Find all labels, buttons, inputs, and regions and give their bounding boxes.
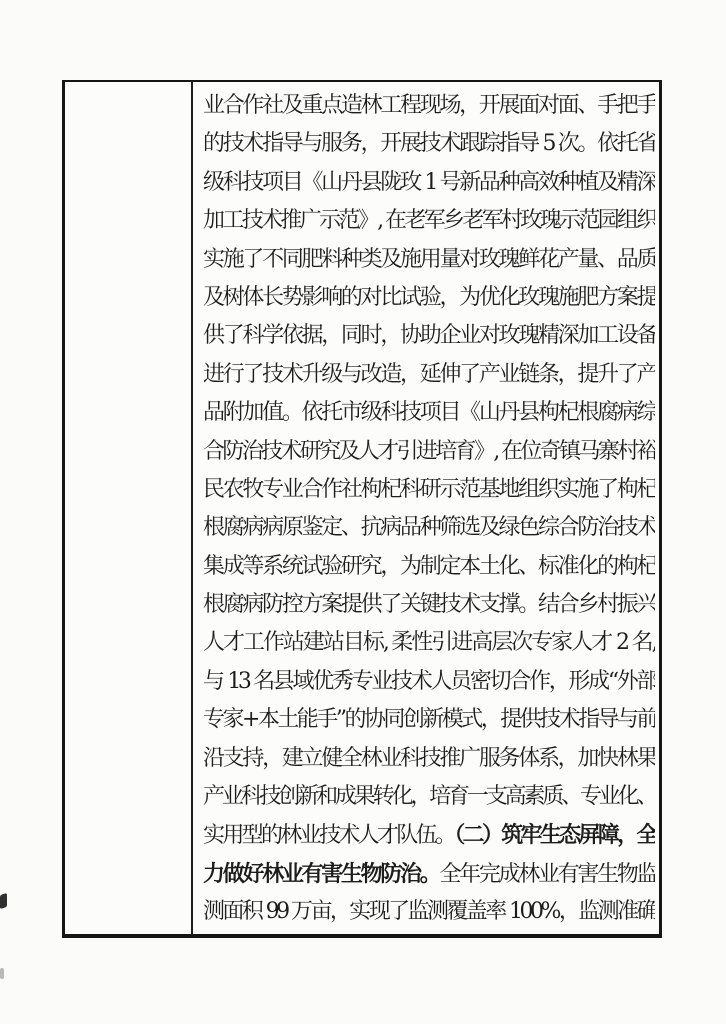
text-line: 实用型的林业技术人才队伍。（二）筑牢生态屏障，全 [203, 816, 655, 854]
body-text: 合防治技术研究及人才引进培育》, 在位奇镇马寨村裕 [203, 439, 655, 464]
body-text: 产业科技创新和成果转化，培育一支高素质、专业化、 [203, 784, 655, 809]
body-text: 民农牧专业合作社枸杞科研示范基地组织实施了枸杞 [203, 477, 655, 502]
text-line: 集成等系统试验研究，为制定本土化、标准化的枸杞 [203, 548, 655, 586]
text-line: 业合作社及重点造林工程现场，开展面对面、手把手 [203, 87, 655, 125]
body-text: 根腐病病原鉴定、抗病品种筛选及绿色综合防治技术 [203, 515, 655, 540]
body-text: 沿支持，建立健全林业科技推广服务体系，加快林果 [203, 746, 655, 771]
text-line: 实施了不同肥料种类及施用量对玫瑰鲜花产量、品质 [203, 241, 655, 279]
body-text: 供了科学依据，同时，协助企业对玫瑰精深加工设备 [203, 323, 655, 348]
body-text: 根腐病防控方案提供了关键技术支撑。结合乡村振兴 [203, 592, 655, 617]
text-line: 级科技项目《山丹县陇玫 1 号新品种高效种植及精深 [203, 164, 655, 202]
body-text: 实用型的林业技术人才队伍。 [203, 823, 454, 848]
text-line: 民农牧专业合作社枸杞科研示范基地组织实施了枸杞 [203, 471, 655, 509]
document-page: 业合作社及重点造林工程现场，开展面对面、手把手的技术指导与服务，开展技术跟踪指导… [0, 0, 726, 1024]
scan-artifact-mark [0, 968, 4, 979]
text-line: 的技术指导与服务，开展技术跟踪指导 5 次。依托省 [203, 125, 655, 163]
text-line: 合防治技术研究及人才引进培育》, 在位奇镇马寨村裕 [203, 433, 655, 471]
body-text: 专家+本土能手”的协同创新模式，提供技术指导与前 [203, 707, 655, 732]
scan-artifact-mark [0, 893, 7, 909]
text-line: 根腐病病原鉴定、抗病品种筛选及绿色综合防治技术 [203, 509, 655, 547]
text-line: 产业科技创新和成果转化，培育一支高素质、专业化、 [203, 778, 655, 816]
body-text: 实施了不同肥料种类及施用量对玫瑰鲜花产量、品质 [203, 247, 655, 272]
section-heading-text: 力做好林业有害生物防治。 [203, 861, 439, 887]
cell-text-lines: 业合作社及重点造林工程现场，开展面对面、手把手的技术指导与服务，开展技术跟踪指导… [203, 87, 655, 932]
table-content-cell: 业合作社及重点造林工程现场，开展面对面、手把手的技术指导与服务，开展技术跟踪指导… [193, 82, 659, 934]
body-text: 测面积 99 万亩，实现了监测覆盖率 100%，监测准确 [203, 899, 655, 924]
body-text: 全年完成林业有害生物监 [439, 862, 655, 887]
text-line: 力做好林业有害生物防治。全年完成林业有害生物监 [203, 855, 655, 893]
text-line: 沿支持，建立健全林业科技推广服务体系，加快林果 [203, 740, 655, 778]
text-line: 与 13 名县域优秀专业技术人员密切合作，形成“外部 [203, 663, 655, 701]
body-text: 人才工作站建站目标, 柔性引进高层次专家人才 2 名, [203, 630, 655, 655]
body-text: 业合作社及重点造林工程现场，开展面对面、手把手 [203, 93, 655, 118]
body-text: 品附加值。依托市级科技项目《山丹县枸杞根腐病综 [203, 400, 655, 425]
text-line: 专家+本土能手”的协同创新模式，提供技术指导与前 [203, 701, 655, 739]
body-text: 及树体长势影响的对比试验，为优化玫瑰施肥方案提 [203, 285, 655, 310]
text-line: 加工技术推广示范》, 在老军乡老军村玫瑰示范园组织 [203, 202, 655, 240]
body-text: 与 13 名县域优秀专业技术人员密切合作，形成“外部 [203, 669, 655, 694]
body-text: 的技术指导与服务，开展技术跟踪指导 5 次。依托省 [203, 131, 655, 156]
section-heading-text: （二）筑牢生态屏障，全 [454, 822, 655, 848]
text-line: 品附加值。依托市级科技项目《山丹县枸杞根腐病综 [203, 394, 655, 432]
text-line: 根腐病防控方案提供了关键技术支撑。结合乡村振兴 [203, 586, 655, 624]
body-text: 级科技项目《山丹县陇玫 1 号新品种高效种植及精深 [203, 170, 655, 195]
text-line: 及树体长势影响的对比试验，为优化玫瑰施肥方案提 [203, 279, 655, 317]
body-text: 集成等系统试验研究，为制定本土化、标准化的枸杞 [203, 554, 655, 579]
text-line: 进行了技术升级与改造，延伸了产业链条，提升了产 [203, 356, 655, 394]
table-label-cell [65, 82, 193, 934]
body-text: 进行了技术升级与改造，延伸了产业链条，提升了产 [203, 362, 655, 387]
text-line: 供了科学依据，同时，协助企业对玫瑰精深加工设备 [203, 317, 655, 355]
text-line: 人才工作站建站目标, 柔性引进高层次专家人才 2 名, [203, 624, 655, 662]
text-line: 测面积 99 万亩，实现了监测覆盖率 100%，监测准确 [203, 893, 655, 931]
report-table: 业合作社及重点造林工程现场，开展面对面、手把手的技术指导与服务，开展技术跟踪指导… [62, 80, 662, 938]
body-text: 加工技术推广示范》, 在老军乡老军村玫瑰示范园组织 [203, 208, 655, 233]
